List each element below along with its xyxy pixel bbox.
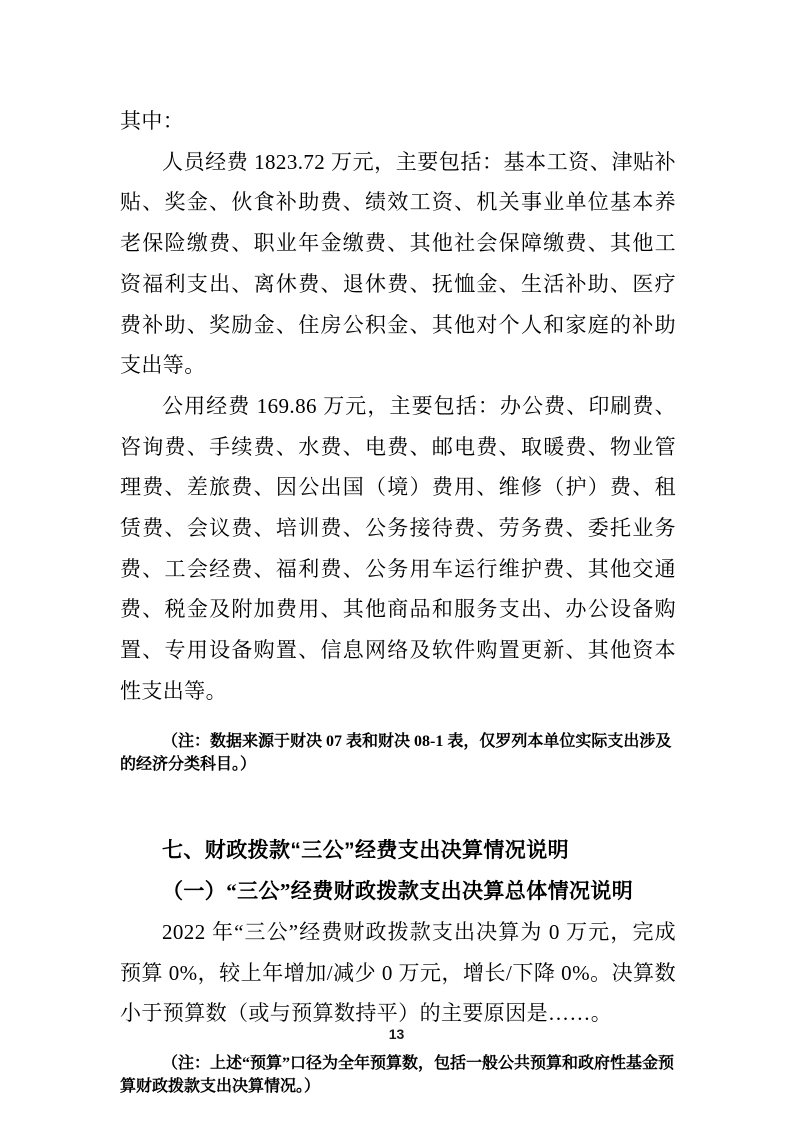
note-data-source: （注：数据来源于财决 07 表和财决 08-1 表，仅罗列本单位实际支出涉及的经… [120, 728, 676, 774]
note-budget-scope: （注：上述“预算”口径为全年预算数，包括一般公共预算和政府性基金预算财政拨款支出… [120, 1050, 676, 1096]
document-content: 其中： 人员经费 1823.72 万元，主要包括：基本工资、津贴补贴、奖金、伙食… [120, 101, 676, 1112]
document-page: 其中： 人员经费 1823.72 万元，主要包括：基本工资、津贴补贴、奖金、伙食… [0, 0, 793, 1122]
paragraph-qizhong: 其中： [120, 101, 676, 142]
blank-line-spacer [120, 790, 676, 831]
paragraph-personnel-expense: 人员经费 1823.72 万元，主要包括：基本工资、津贴补贴、奖金、伙食补助费、… [120, 142, 676, 386]
paragraph-public-expense: 公用经费 169.86 万元，主要包括：办公费、印刷费、咨询费、手续费、水费、电… [120, 386, 676, 712]
page-number: 13 [0, 1026, 793, 1042]
heading-section-seven: 七、财政拨款“三公”经费支出决算情况说明 [120, 831, 676, 872]
paragraph-sangong-overview: 2022 年“三公”经费财政拨款支出决算为 0 万元，完成预算 0%，较上年增加… [120, 912, 676, 1034]
heading-section-seven-sub1: （一）“三公”经费财政拨款支出决算总体情况说明 [120, 871, 676, 912]
